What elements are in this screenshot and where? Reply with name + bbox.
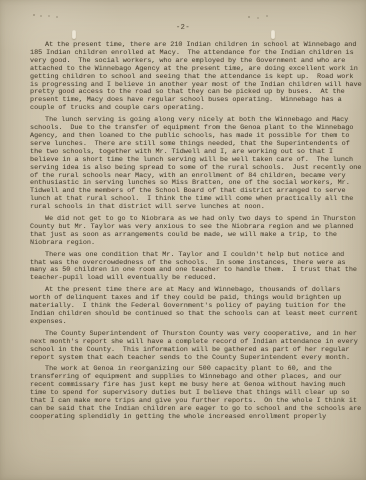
paragraph: The lunch serving is going along very ni… <box>30 117 362 212</box>
paragraph: At the present time, there are 210 India… <box>30 42 362 113</box>
paragraph: There was one condition that Mr. Taylor … <box>30 252 362 284</box>
paragraph: At the present time there are at Macy an… <box>30 287 362 327</box>
paragraph: We did not get to go to Niobrara as we h… <box>30 216 362 248</box>
paragraph: The work at Genoa in reorganizing our 50… <box>30 366 362 421</box>
pencil-specks-top-left <box>33 14 35 16</box>
pencil-specks-top-right <box>248 16 250 18</box>
document-body: At the present time, there are 210 India… <box>30 42 362 426</box>
page-number: -2- <box>0 24 366 32</box>
paragraph: The County Superintendent of Thurston Co… <box>30 331 362 363</box>
document-page: -2- At the present time, there are 210 I… <box>0 0 366 480</box>
